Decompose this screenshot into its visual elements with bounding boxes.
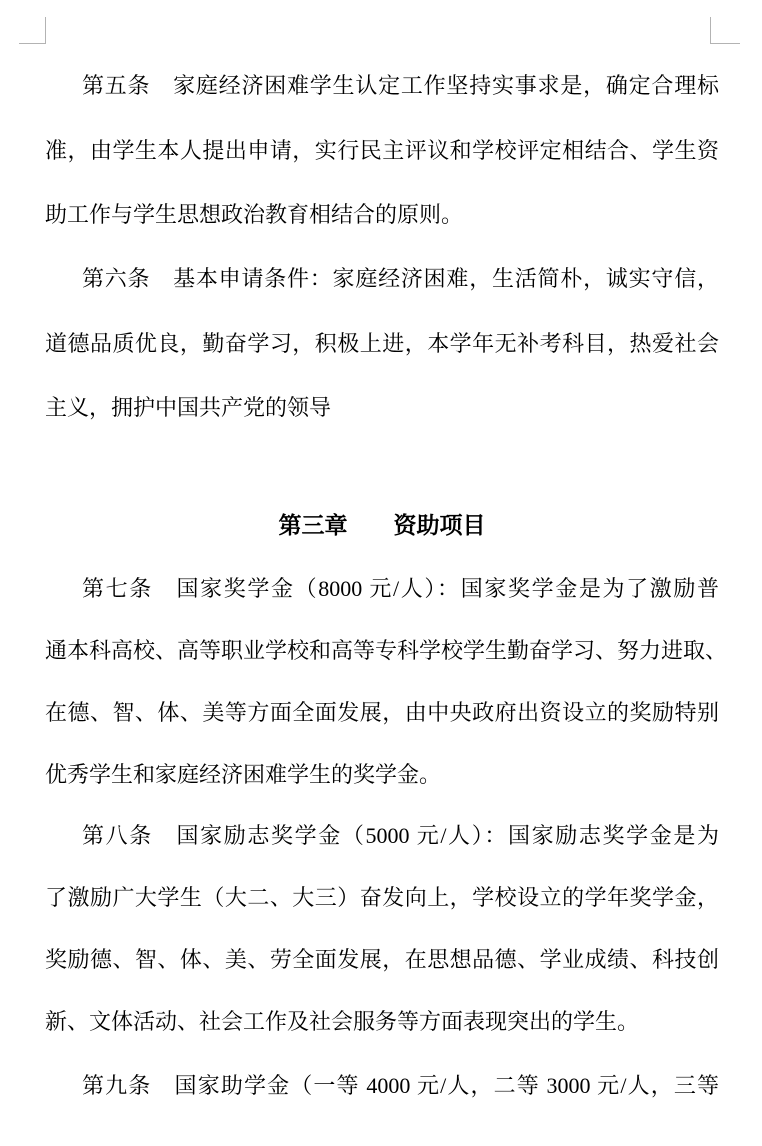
article-6-line-1: 第六条 基本申请条件：家庭经济困难，生活简朴，诚实守信， — [45, 247, 719, 312]
article-8-line-2: 了激励广大学生（大二、大三）奋发向上，学校设立的学年奖学金， — [45, 867, 719, 929]
paragraph-article-7: 第七条 国家奖学金（8000 元/人）：国家奖学金是为了激励普 通本科高校、高等… — [45, 558, 719, 806]
article-8-line-3: 奖励德、智、体、美、劳全面发展，在思想品德、学业成绩、科技创 — [45, 929, 719, 991]
paragraph-article-9: 第九条 国家助学金（一等 4000 元/人，二等 3000 元/人，三等 — [45, 1055, 719, 1117]
article-7-line-4: 优秀学生和家庭经济困难学生的奖学金。 — [45, 744, 719, 806]
margin-crop-mark-right — [710, 17, 740, 44]
article-6-line-3: 主义，拥护中国共产党的领导 — [45, 376, 719, 441]
paragraph-article-5: 第五条 家庭经济困难学生认定工作坚持实事求是，确定合理标 准，由学生本人提出申请… — [45, 54, 719, 248]
margin-crop-mark-left — [19, 17, 46, 44]
paragraph-article-8: 第八条 国家励志奖学金（5000 元/人）：国家励志奖学金是为 了激励广大学生（… — [45, 805, 719, 1053]
article-7-line-2: 通本科高校、高等职业学校和高等专科学校学生勤奋学习、努力进取、 — [45, 620, 719, 682]
article-8-line-1: 第八条 国家励志奖学金（5000 元/人）：国家励志奖学金是为 — [45, 805, 719, 867]
paragraph-article-6: 第六条 基本申请条件：家庭经济困难，生活简朴，诚实守信， 道德品质优良，勤奋学习… — [45, 247, 719, 441]
chapter-heading: 第三章 资助项目 — [45, 511, 719, 541]
document-page: 第五条 家庭经济困难学生认定工作坚持实事求是，确定合理标 准，由学生本人提出申请… — [0, 0, 762, 1146]
article-7-line-1: 第七条 国家奖学金（8000 元/人）：国家奖学金是为了激励普 — [45, 558, 719, 620]
article-7-line-3: 在德、智、体、美等方面全面发展，由中央政府出资设立的奖励特别 — [45, 682, 719, 744]
article-5-line-2: 准，由学生本人提出申请，实行民主评议和学校评定相结合、学生资 — [45, 119, 719, 184]
article-8-line-4: 新、文体活动、社会工作及社会服务等方面表现突出的学生。 — [45, 991, 719, 1053]
article-5-line-3: 助工作与学生思想政治教育相结合的原则。 — [45, 183, 719, 248]
article-6-line-2: 道德品质优良，勤奋学习，积极上进，本学年无补考科目，热爱社会 — [45, 312, 719, 377]
article-5-line-1: 第五条 家庭经济困难学生认定工作坚持实事求是，确定合理标 — [45, 54, 719, 119]
article-9-line-1: 第九条 国家助学金（一等 4000 元/人，二等 3000 元/人，三等 — [45, 1055, 719, 1117]
